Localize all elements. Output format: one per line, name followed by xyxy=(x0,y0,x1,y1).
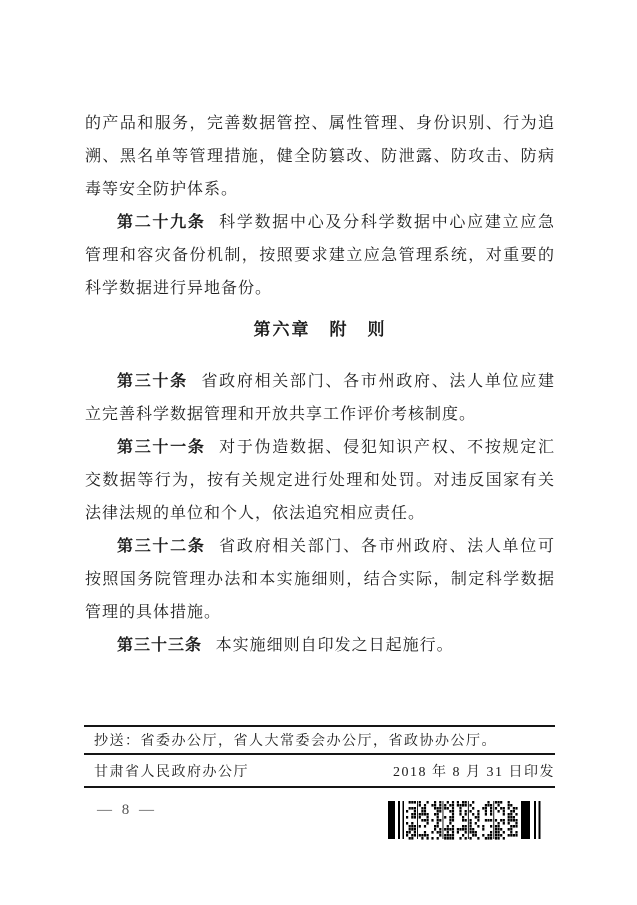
paragraph: 第三十三条本实施细则自印发之日起施行。 xyxy=(85,629,555,662)
article-number: 第二十九条 xyxy=(117,214,206,231)
article-number: 第三十三条 xyxy=(117,637,202,654)
cc-line: 抄送：省委办公厅，省人大常委会办公厅，省政协办公厅。 xyxy=(84,727,555,753)
chapter-heading: 第六章 附 则 xyxy=(85,313,555,346)
footer-rule xyxy=(84,786,555,788)
paragraph-text: 本实施细则自印发之日起施行。 xyxy=(216,637,454,654)
article-number: 第三十一条 xyxy=(117,439,206,456)
document-page: 的产品和服务，完善数据管控、属性管理、身份识别、行为追溯、黑名单等管理措施，健全… xyxy=(0,0,637,905)
paragraph-text: 的产品和服务，完善数据管控、属性管理、身份识别、行为追溯、黑名单等管理措施，健全… xyxy=(85,115,555,198)
issuer-row: 甘肃省人民政府办公厅 2018 年 8 月 31 日印发 xyxy=(84,755,555,786)
article-number: 第三十二条 xyxy=(117,538,206,555)
barcode-image xyxy=(388,800,542,840)
paragraph: 第三十一条对于伪造数据、侵犯知识产权、不按规定汇交数据等行为，按有关规定进行处理… xyxy=(85,431,555,530)
body-text: 的产品和服务，完善数据管控、属性管理、身份识别、行为追溯、黑名单等管理措施，健全… xyxy=(85,107,555,662)
article-number: 第三十条 xyxy=(117,373,188,390)
paragraph: 第二十九条科学数据中心及分科学数据中心应建立应急管理和容灾备份机制，按照要求建立… xyxy=(85,206,555,305)
document-footer: 抄送：省委办公厅，省人大常委会办公厅，省政协办公厅。 甘肃省人民政府办公厅 20… xyxy=(84,725,555,788)
page-number: — 8 — xyxy=(97,802,157,819)
paragraph: 第三十条省政府相关部门、各市州政府、法人单位应建立完善科学数据管理和开放共享工作… xyxy=(85,365,555,431)
print-date: 2018 年 8 月 31 日印发 xyxy=(393,761,555,781)
issuer: 甘肃省人民政府办公厅 xyxy=(94,761,249,781)
paragraph: 第三十二条省政府相关部门、各市州政府、法人单位可按照国务院管理办法和本实施细则，… xyxy=(85,530,555,629)
paragraph: 的产品和服务，完善数据管控、属性管理、身份识别、行为追溯、黑名单等管理措施，健全… xyxy=(85,107,555,206)
